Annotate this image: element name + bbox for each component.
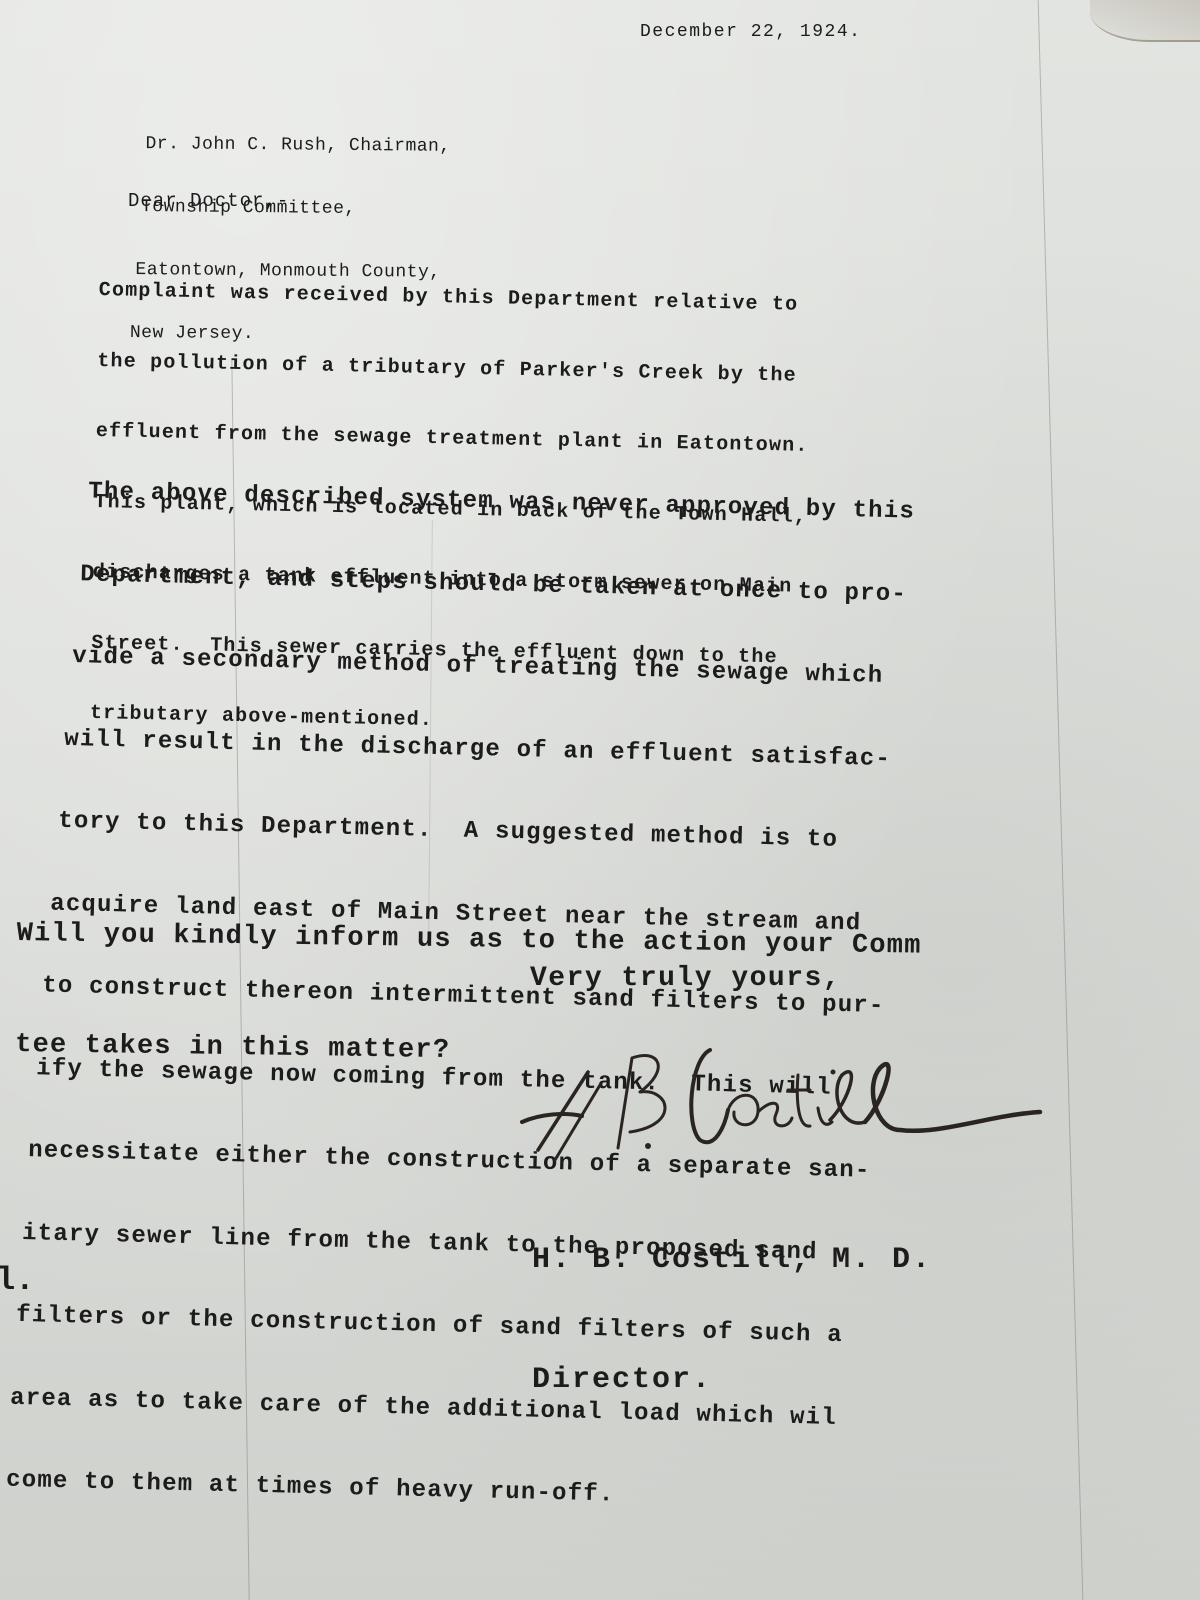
- text-line: Complaint was received by this Departmen…: [99, 279, 812, 317]
- address-line: Dr. John C. Rush, Chairman,: [131, 134, 450, 158]
- text-line: the pollution of a tributary of Parker's…: [97, 349, 810, 387]
- text-line: vide a secondary method of treating the …: [26, 642, 911, 691]
- closing-phrase: Very truly yours,: [530, 963, 841, 994]
- text-line: will result in the discharge of an efflu…: [24, 724, 909, 773]
- signer-name: H. B. Costill, M. D.: [532, 1240, 932, 1280]
- text-line: Will you kindly inform us as to the acti…: [16, 916, 921, 966]
- letter-date: December 22, 1924.: [640, 22, 861, 42]
- torn-corner: [1090, 0, 1200, 42]
- margin-text-fragment: l.: [0, 1262, 34, 1299]
- text-line: The above described system was never app…: [30, 477, 915, 526]
- letter-paper: December 22, 1924. Dr. John C. Rush, Cha…: [0, 0, 1200, 1600]
- text-line: Department, and steps should be taken at…: [28, 559, 913, 608]
- salutation: Dear Doctor,-: [128, 190, 289, 212]
- signer-title: Director.: [532, 1360, 932, 1400]
- handwritten-signature: [520, 1030, 1060, 1180]
- signer-block: H. B. Costill, M. D. Director.: [532, 1160, 932, 1480]
- fold-line: [1038, 0, 1084, 1599]
